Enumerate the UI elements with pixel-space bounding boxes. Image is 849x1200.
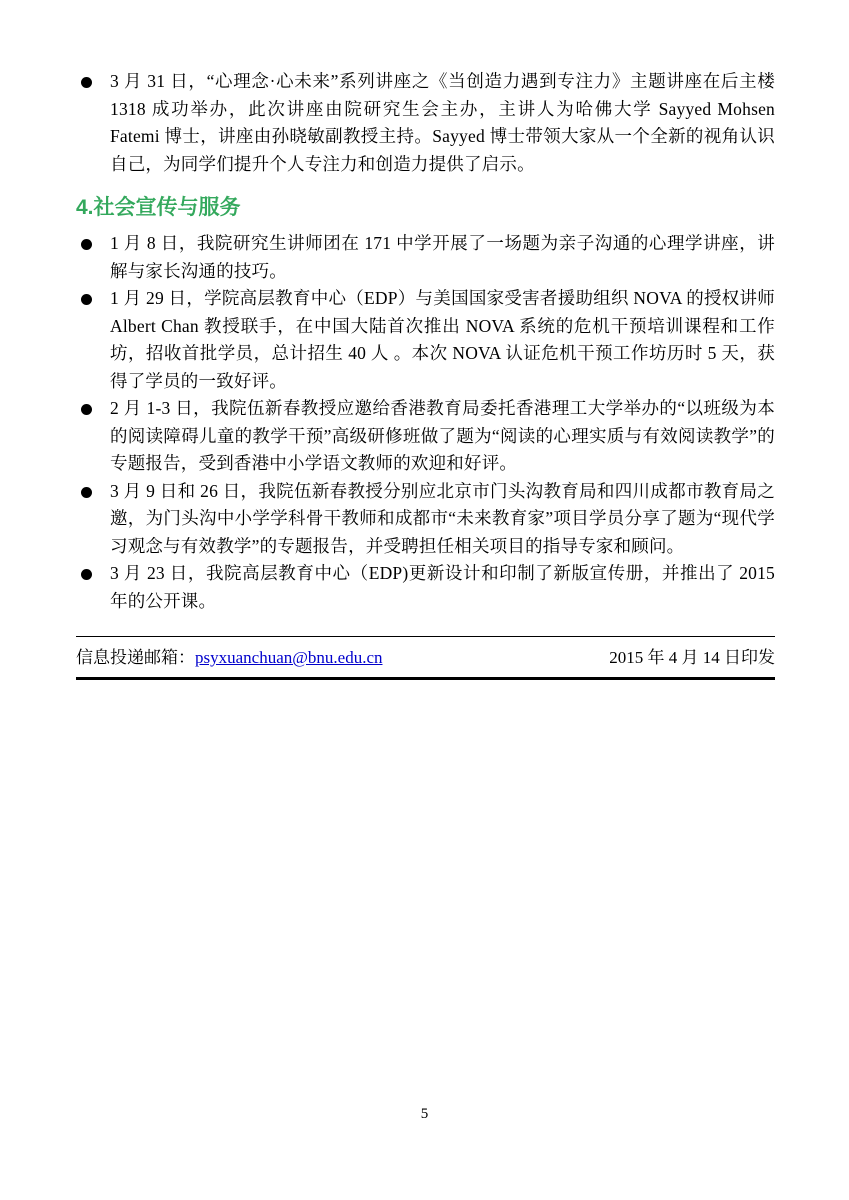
bullet-marker-column xyxy=(76,560,110,580)
list-item: 3 月 9 日和 26 日，我院伍新春教授分别应北京市门头沟教育局和四川成都市教… xyxy=(76,478,775,561)
bullet-marker-column xyxy=(76,230,110,250)
bullet-marker-column xyxy=(76,285,110,305)
list-item: 2 月 1-3 日，我院伍新春教授应邀给香港教育局委托香港理工大学举办的“以班级… xyxy=(76,395,775,478)
section-heading: 4.社会宣传与服务 xyxy=(76,191,775,221)
footer-row: 信息投递邮箱：psyxuanchuan@bnu.edu.cn 2015 年 4 … xyxy=(76,646,775,669)
page-number: 5 xyxy=(0,1106,849,1123)
page-content: 3 月 31 日，“心理念·心未来”系列讲座之《当创造力遇到专注力》主题讲座在后… xyxy=(0,0,849,615)
document-page: 3 月 31 日，“心理念·心未来”系列讲座之《当创造力遇到专注力》主题讲座在后… xyxy=(0,0,849,1200)
bullet-dot-icon xyxy=(81,294,92,305)
list-item: 3 月 31 日，“心理念·心未来”系列讲座之《当创造力遇到专注力》主题讲座在后… xyxy=(76,68,775,178)
bullet-marker-column xyxy=(76,395,110,415)
bullet-dot-icon xyxy=(81,239,92,250)
section-bullet-text: 3 月 23 日，我院高层教育中心（EDP)更新设计和印制了新版宣传册，并推出了… xyxy=(110,560,775,615)
intro-bullet-text: 3 月 31 日，“心理念·心未来”系列讲座之《当创造力遇到专注力》主题讲座在后… xyxy=(110,68,775,178)
footer-top-divider xyxy=(76,636,775,637)
footer-email-link[interactable]: psyxuanchuan@bnu.edu.cn xyxy=(195,648,383,667)
list-item: 3 月 23 日，我院高层教育中心（EDP)更新设计和印制了新版宣传册，并推出了… xyxy=(76,560,775,615)
bullet-marker-column xyxy=(76,68,110,88)
footer-email-label: 信息投递邮箱： xyxy=(76,648,195,667)
bullet-marker-column xyxy=(76,478,110,498)
list-item: 1 月 29 日，学院高层教育中心（EDP）与美国国家受害者援助组织 NOVA … xyxy=(76,285,775,395)
section-bullet-text: 1 月 8 日，我院研究生讲师团在 171 中学开展了一场题为亲子沟通的心理学讲… xyxy=(110,230,775,285)
bullet-dot-icon xyxy=(81,487,92,498)
bullet-dot-icon xyxy=(81,569,92,580)
section-bullet-text: 3 月 9 日和 26 日，我院伍新春教授分别应北京市门头沟教育局和四川成都市教… xyxy=(110,478,775,561)
bullet-dot-icon xyxy=(81,404,92,415)
page-footer: 信息投递邮箱：psyxuanchuan@bnu.edu.cn 2015 年 4 … xyxy=(76,636,775,680)
footer-bottom-divider xyxy=(76,677,775,680)
section-bullet-text: 2 月 1-3 日，我院伍新春教授应邀给香港教育局委托香港理工大学举办的“以班级… xyxy=(110,395,775,478)
bullet-dot-icon xyxy=(81,77,92,88)
section-bullet-text: 1 月 29 日，学院高层教育中心（EDP）与美国国家受害者援助组织 NOVA … xyxy=(110,285,775,395)
footer-contact: 信息投递邮箱：psyxuanchuan@bnu.edu.cn xyxy=(76,646,383,669)
footer-print-date: 2015 年 4 月 14 日印发 xyxy=(609,646,775,669)
list-item: 1 月 8 日，我院研究生讲师团在 171 中学开展了一场题为亲子沟通的心理学讲… xyxy=(76,230,775,285)
